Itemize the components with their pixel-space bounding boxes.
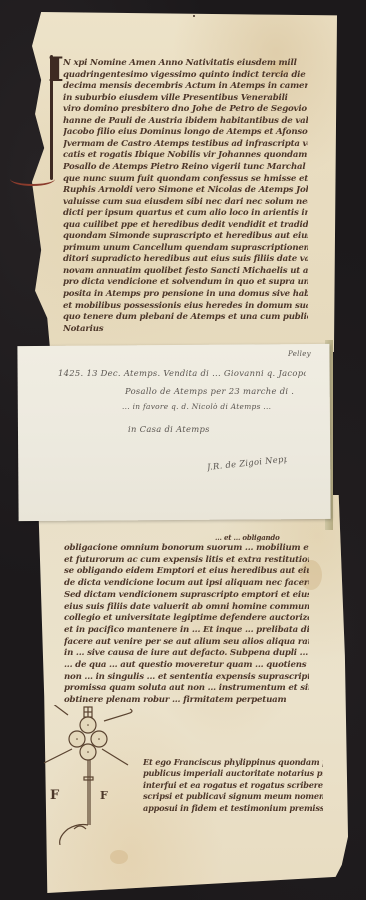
text-line: quondam Simonde suprascripto et heredibu… bbox=[63, 231, 308, 241]
text-line: Notarius bbox=[63, 324, 308, 334]
lower-fragment: ... et ... obligando bbox=[215, 533, 280, 542]
text-line: eius suis filiis date valuerit ab omni h… bbox=[64, 602, 309, 612]
text-line: quadringentesimo vigessimo quinto indict… bbox=[63, 70, 308, 80]
text-line: posita in Atemps pro pensione in una dom… bbox=[63, 289, 308, 299]
note-line-3: ... in favore q. d. Nicolò di Atemps ... bbox=[122, 402, 307, 411]
note-line-1: 1425. 13 Dec. Atemps. Vendita di ... Gio… bbox=[58, 368, 306, 378]
text-line: apposui in fidem et testimonium premisso… bbox=[143, 803, 323, 813]
notary-signum-icon: F F bbox=[38, 705, 138, 845]
note-line-4: in Casa di Atemps bbox=[128, 424, 218, 434]
text-line: catis et rogatis Ibique Nobilis vir Joha… bbox=[63, 150, 308, 160]
text-line: Jacobo filio eius Dominus longo de Atemp… bbox=[63, 127, 308, 137]
text-line: et in pacifico mantenere in ... Et inque… bbox=[64, 625, 309, 635]
text-line: collegio et universitate legiptime defen… bbox=[64, 613, 309, 623]
signum-letter-right: F bbox=[100, 789, 108, 802]
text-line: Posallo de Atemps Pietro Reino vigerii t… bbox=[63, 162, 308, 172]
text-line: et futurorum ac cum expensis litis et ex… bbox=[64, 555, 309, 565]
text-line: publicus imperiali auctoritate notarius … bbox=[143, 768, 323, 778]
text-line: in ... sive causa de iure aut defacto. S… bbox=[64, 648, 309, 658]
text-line: valuisse cum sua eiusdem sibi nec dari n… bbox=[63, 197, 308, 207]
text-line: Jvermam de Castro Atemps testibus ad inf… bbox=[63, 139, 308, 149]
note-corner-mark: Pelley bbox=[288, 350, 311, 358]
text-line: ... de qua ... aut questio moveretur qua… bbox=[64, 660, 309, 670]
text-line: que nunc suum fuit quondam confessus se … bbox=[63, 174, 308, 184]
text-line: novam annuatim quolibet festo Sancti Mic… bbox=[63, 266, 308, 276]
text-line: scripsi et publicavi signum meum nomen .… bbox=[143, 791, 323, 801]
text-line: obtinere plenam robur ... firmitatem per… bbox=[64, 695, 309, 705]
text-line: promissa quam soluta aut non ... instrum… bbox=[64, 683, 309, 693]
text-line: pro dicta vendicione et solvendum in quo… bbox=[63, 277, 308, 287]
text-line: Et ego Franciscus phylippinus quondam pe… bbox=[143, 757, 323, 767]
signum-letter-left: F bbox=[50, 788, 60, 803]
text-line: quo tenere dum plebani de Atemps et una … bbox=[63, 312, 308, 322]
text-line: Ruphis Arnoldi vero Simone et Nicolas de… bbox=[63, 185, 308, 195]
text-line: viro domino presbitero dno Johe de Petro… bbox=[63, 104, 308, 114]
text-line: ditori supradicto heredibus aut eius sui… bbox=[63, 254, 308, 264]
note-line-2: Posallo de Atemps per 23 marche di ... bbox=[125, 386, 295, 396]
text-line: obligacione omnium bonorum suorum ... mo… bbox=[64, 543, 309, 553]
text-line: facere aut venire per se aut alium seu a… bbox=[64, 637, 309, 647]
text-line: Sed dictam vendicionem suprascripto empt… bbox=[64, 590, 309, 600]
text-line: et mobilibus possessionis eius heredes i… bbox=[63, 301, 308, 311]
text-line: dicti per ipsum quartus et cum alio loco… bbox=[63, 208, 308, 218]
text-line: decima mensis decembris Actum in Atemps … bbox=[63, 81, 308, 91]
text-line: N xpi Nomine Amen Anno Nativitatis eiusd… bbox=[63, 58, 308, 68]
text-line: qua cuilibet ppe et heredibus dedit vend… bbox=[63, 220, 308, 230]
text-line: hanne de Pauli de Austria ibidem habitan… bbox=[63, 116, 308, 126]
ink-spot bbox=[193, 15, 195, 17]
text-line: in suburbio eiusdem ville Presentibus Ve… bbox=[63, 93, 308, 103]
text-line: primum unum Cancellum quendam suprascrip… bbox=[63, 243, 308, 253]
text-line: non ... in singulis ... et sententia exp… bbox=[64, 672, 309, 682]
red-flourish bbox=[10, 172, 55, 186]
stain bbox=[110, 850, 128, 864]
text-line: de dicta vendicione locum aut ipsi aliqu… bbox=[64, 578, 309, 588]
decorated-initial: I bbox=[48, 50, 64, 90]
text-line: interfui et ea rogatus et rogatus scribe… bbox=[143, 780, 323, 790]
text-line: se obligando eidem Emptori et eius hered… bbox=[64, 566, 309, 576]
